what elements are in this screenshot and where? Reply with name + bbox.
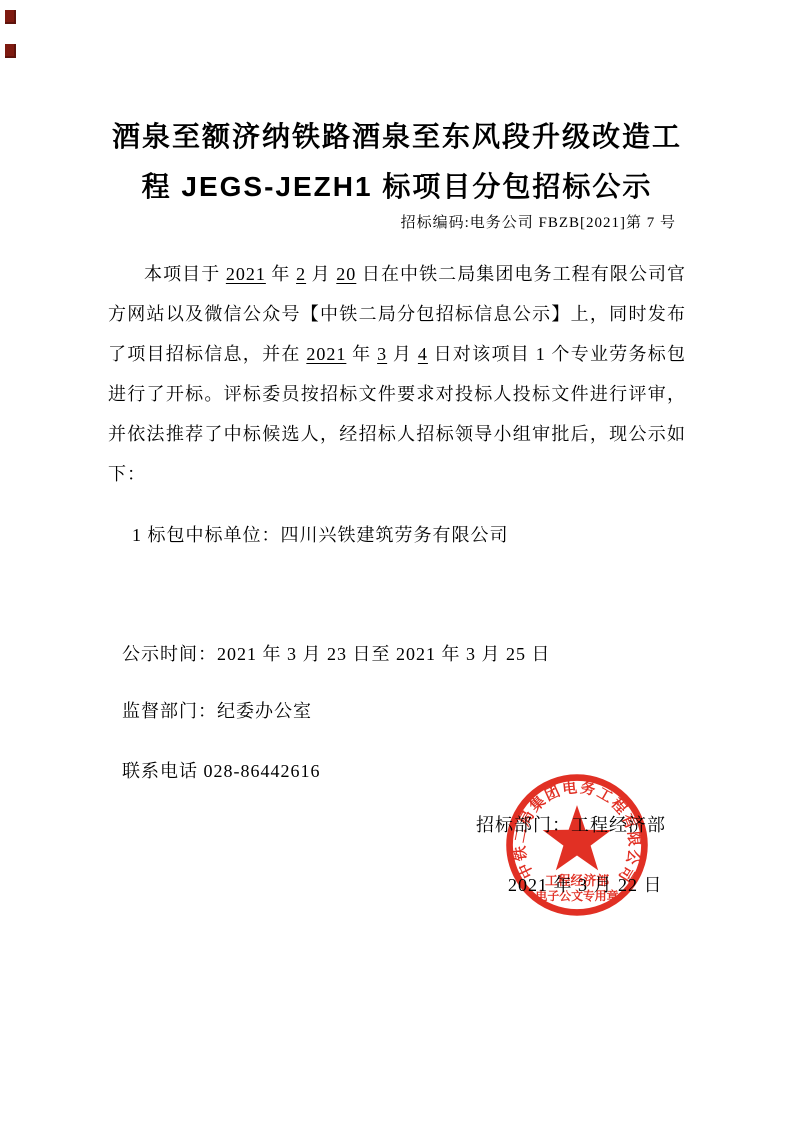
- publicity-period-line: 公示时间：2021 年 3 月 23 日至 2021 年 3 月 25 日: [122, 642, 686, 666]
- document-content: 酒泉至额济纳铁路酒泉至东风段升级改造工 程 JEGS-JEZH1 标项目分包招标…: [0, 112, 794, 783]
- title-line-2: 程 JEGS-JEZH1 标项目分包招标公示: [108, 162, 686, 212]
- company-seal: 中铁二局集团电务工程有限公司 工程经济部 电子公文专用章: [501, 769, 653, 921]
- document-page: 酒泉至额济纳铁路酒泉至东风段升级改造工 程 JEGS-JEZH1 标项目分包招标…: [0, 0, 794, 1123]
- contact-phone-line: 联系电话 028-86442616: [122, 759, 686, 783]
- corner-mark-icon: [5, 44, 16, 58]
- bid-code: 招标编码:电务公司 FBZB[2021]第 7 号: [108, 212, 686, 234]
- title-line-1: 酒泉至额济纳铁路酒泉至东风段升级改造工: [108, 112, 686, 162]
- bidding-dept-line: 招标部门：工程经济部: [476, 811, 666, 837]
- sign-date-line: 2021 年 3 月 22 日: [508, 871, 663, 897]
- corner-mark-icon: [5, 10, 16, 24]
- award-result-line: 1 标包中标单位：四川兴铁建筑劳务有限公司: [108, 522, 686, 548]
- document-title: 酒泉至额济纳铁路酒泉至东风段升级改造工 程 JEGS-JEZH1 标项目分包招标…: [108, 112, 686, 212]
- supervision-dept-line: 监督部门：纪委办公室: [122, 699, 686, 723]
- body-paragraph: 本项目于 2021 年 2 月 20 日在中铁二局集团电务工程有限公司官方网站以…: [108, 254, 686, 494]
